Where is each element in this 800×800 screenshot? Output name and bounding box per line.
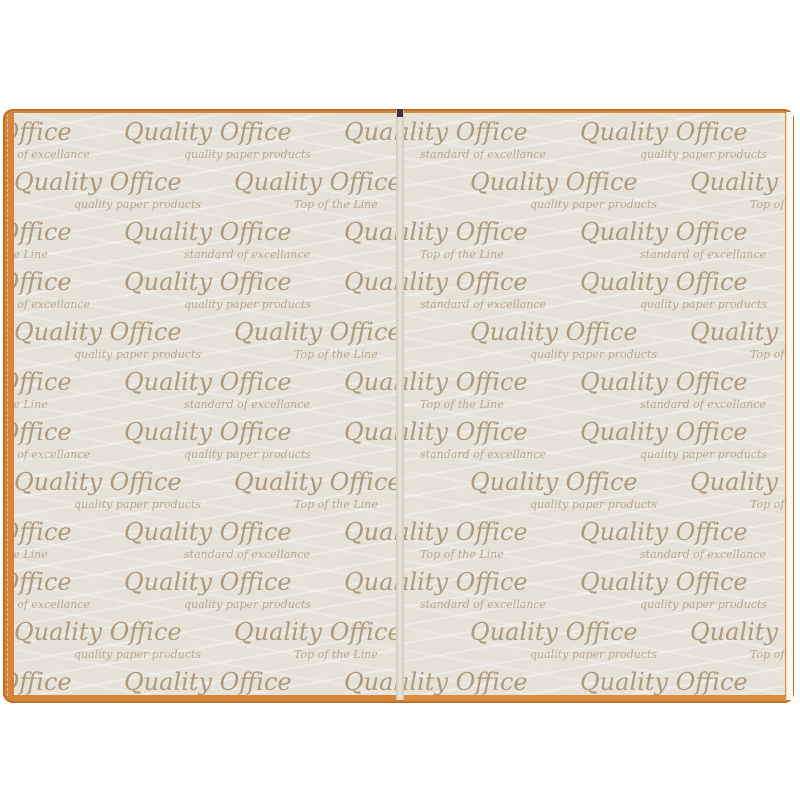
endpaper-tagline-text: Top of the Line (294, 498, 378, 511)
endpaper-brand-text: Quality Office (14, 318, 182, 346)
endpaper-brand-text: Quality Office (690, 468, 785, 496)
endpaper-brand-text: Quality Office (580, 518, 748, 546)
endpaper-brand-text: Quality Office (470, 468, 638, 496)
endpaper-brand-text: Quality Office (124, 518, 292, 546)
endpaper-brand-text: Quality Office (124, 118, 292, 146)
endpaper-brand-text: Quality Office (14, 418, 72, 446)
endpaper-brand-text: Quality Office (690, 618, 785, 646)
endpaper-brand-text: Quality Office (580, 418, 748, 446)
endpaper-brand-text: Quality Office (400, 668, 528, 695)
endpaper-brand-text: Quality Office (400, 418, 528, 446)
endpaper-tagline-text: quality paper products (184, 448, 311, 461)
endpaper-brand-text: Quality Office (14, 118, 72, 146)
cover-stitching (7, 114, 12, 696)
endpaper-brand-text: Quality Office (14, 518, 72, 546)
endpaper-brand-text: Quality Office (400, 568, 528, 596)
endpaper-brand-text: Quality Office (124, 668, 292, 695)
endpaper-tagline-text: standard of excellance (14, 148, 90, 161)
endpaper-brand-text: Quality Office (14, 568, 72, 596)
endpaper-tagline-text: quality paper products (640, 148, 767, 161)
endpaper-tagline-text: quality paper products (74, 348, 201, 361)
endpaper-tagline-text: quality paper products (74, 648, 201, 661)
endpaper-brand-text: Quality Office (14, 618, 182, 646)
endpaper-tagline-text: standard of excellance (640, 548, 766, 561)
endpaper-tagline-text: standard of excellance (14, 598, 90, 611)
endpaper-tagline-text: quality paper products (530, 648, 657, 661)
page-block-edge (786, 112, 793, 700)
endpaper-brand-text: Quality Office (14, 268, 72, 296)
endpaper-brand-text: Quality Office (470, 318, 638, 346)
endpaper-tagline-text: standard of excellance (184, 548, 310, 561)
endpaper-brand-text: Quality Office (690, 168, 785, 196)
endpaper-brand-text: Quality Office (400, 218, 528, 246)
endpaper-brand-text: Quality Office (124, 568, 292, 596)
endpaper-tagline-text: Top of the Line (750, 198, 785, 211)
endpaper-tagline-text: Top of the Line (294, 648, 378, 661)
endpaper-tagline-text: Top of the Line (420, 548, 504, 561)
endpaper-tagline-text: quality paper products (74, 498, 201, 511)
endpaper-tagline-text: standard of excellance (184, 248, 310, 261)
endpaper-right: Quality Officestandard of excellanceQual… (400, 113, 785, 695)
endpaper-left: Quality Officestandard of excellanceQual… (14, 113, 398, 695)
endpaper-brand-text: Quality Office (400, 268, 528, 296)
endpaper-tagline-text: quality paper products (530, 198, 657, 211)
endpaper-tagline-text: standard of excellance (420, 448, 546, 461)
endpaper-tagline-text: standard of excellance (640, 248, 766, 261)
endpaper-brand-text: Quality Office (344, 268, 398, 296)
endpaper-brand-text: Quality Office (344, 368, 398, 396)
endpaper-tagline-text: Top of the Line (420, 248, 504, 261)
endpaper-brand-text: Quality Office (344, 568, 398, 596)
endpaper-brand-text: Quality Office (580, 268, 748, 296)
endpaper-tagline-text: standard of excellance (184, 398, 310, 411)
endpaper-tagline-text: quality paper products (530, 498, 657, 511)
endpaper-tagline-text: quality paper products (640, 298, 767, 311)
endpaper-tagline-text: Top of the Line (14, 398, 48, 411)
endpaper-brand-text: Quality Office (344, 518, 398, 546)
endpaper-brand-text: Quality Office (14, 368, 72, 396)
endpaper-brand-text: Quality Office (234, 318, 398, 346)
endpaper-brand-text: Quality Office (344, 668, 398, 695)
endpaper-brand-text: Quality Office (400, 368, 528, 396)
endpaper-brand-text: Quality Office (580, 218, 748, 246)
endpaper-brand-text: Quality Office (470, 618, 638, 646)
endpaper-brand-text: Quality Office (234, 468, 398, 496)
endpaper-brand-text: Quality Office (124, 218, 292, 246)
endpaper-brand-text: Quality Office (580, 668, 748, 695)
endpaper-brand-text: Quality Office (470, 168, 638, 196)
endpaper-brand-text: Quality Office (344, 418, 398, 446)
endpaper-brand-text: Quality Office (580, 118, 748, 146)
endpaper-tagline-text: standard of excellance (14, 448, 90, 461)
bookmark-ribbon (397, 109, 403, 117)
endpaper-tagline-text: standard of excellance (640, 398, 766, 411)
endpaper-brand-text: Quality Office (234, 168, 398, 196)
endpaper-tagline-text: quality paper products (640, 598, 767, 611)
endpaper-tagline-text: standard of excellance (420, 148, 546, 161)
endpaper-tagline-text: quality paper products (184, 598, 311, 611)
endpaper-brand-text: Quality Office (580, 368, 748, 396)
endpaper-brand-text: Quality Office (14, 668, 72, 695)
endpaper-tagline-text: standard of excellance (14, 298, 90, 311)
endpaper-brand-text: Quality Office (14, 218, 72, 246)
endpaper-brand-text: Quality Office (124, 418, 292, 446)
endpaper-tagline-text: quality paper products (640, 448, 767, 461)
endpaper-tagline-text: Top of the Line (420, 398, 504, 411)
endpaper-tagline-text: Top of the Line (14, 548, 48, 561)
endpaper-tagline-text: Top of the Line (14, 248, 48, 261)
endpaper-brand-text: Quality Office (14, 168, 182, 196)
endpaper-tagline-text: Top of the Line (294, 348, 378, 361)
endpaper-brand-text: Quality Office (14, 468, 182, 496)
endpaper-brand-text: Quality Office (344, 218, 398, 246)
endpaper-tagline-text: standard of excellance (420, 598, 546, 611)
endpaper-tagline-text: Top of the Line (750, 498, 785, 511)
endpaper-tagline-text: quality paper products (530, 348, 657, 361)
book-gutter (396, 110, 404, 700)
endpaper-tagline-text: Top of the Line (750, 348, 785, 361)
endpaper-tagline-text: quality paper products (184, 148, 311, 161)
endpaper-brand-text: Quality Office (690, 318, 785, 346)
endpaper-brand-text: Quality Office (344, 118, 398, 146)
endpaper-tagline-text: Top of the Line (750, 648, 785, 661)
endpaper-brand-text: Quality Office (580, 568, 748, 596)
endpaper-brand-text: Quality Office (400, 518, 528, 546)
endpaper-tagline-text: quality paper products (74, 198, 201, 211)
endpaper-brand-text: Quality Office (124, 368, 292, 396)
endpaper-tagline-text: standard of excellance (420, 298, 546, 311)
endpaper-tagline-text: quality paper products (184, 298, 311, 311)
endpaper-brand-text: Quality Office (234, 618, 398, 646)
endpaper-brand-text: Quality Office (124, 268, 292, 296)
endpaper-tagline-text: Top of the Line (294, 198, 378, 211)
endpaper-brand-text: Quality Office (400, 118, 528, 146)
